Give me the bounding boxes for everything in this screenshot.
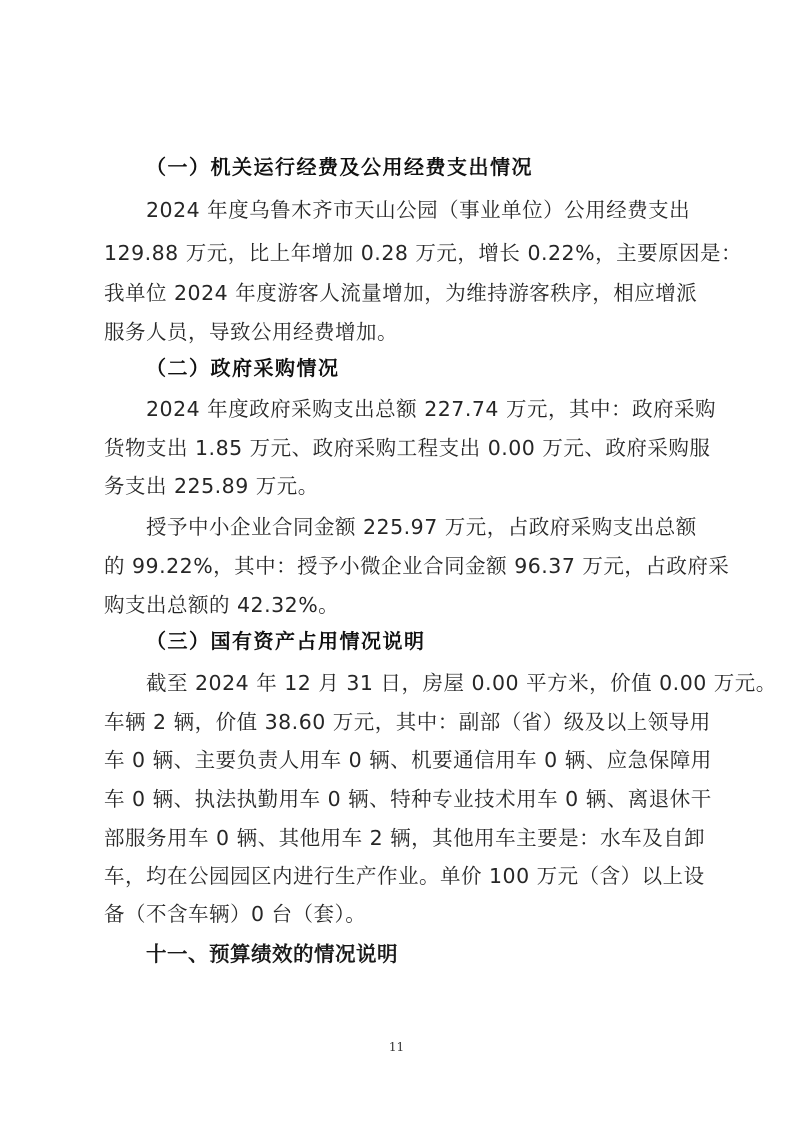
section-heading-operating-expenses: （一）机关运行经费及公用经费支出情况	[146, 153, 533, 181]
paragraph-line: 服务人员，导致公用经费增加。	[104, 318, 398, 346]
paragraph-line: 车 0 辆、主要负责人用车 0 辆、机要通信用车 0 辆、应急保障用	[104, 746, 712, 774]
paragraph-line: 购支出总额的 42.32%。	[104, 591, 339, 619]
paragraph-line: 2024 年度政府采购支出总额 227.74 万元，其中：政府采购	[146, 395, 716, 423]
paragraph-line: 备（不含车辆）0 台（套）。	[104, 900, 366, 928]
paragraph-line: 我单位 2024 年度游客人流量增加，为维持游客秩序，相应增派	[104, 279, 697, 307]
paragraph-line: 车辆 2 辆，价值 38.60 万元，其中：副部（省）级及以上领导用	[104, 708, 711, 736]
paragraph-line: 截至 2024 年 12 月 31 日，房屋 0.00 平方米，价值 0.00 …	[146, 669, 777, 697]
section-heading-procurement: （二）政府采购情况	[146, 354, 340, 382]
section-heading-state-assets: （三）国有资产占用情况说明	[146, 627, 426, 655]
chapter-title-budget-performance: 十一、预算绩效的情况说明	[146, 940, 398, 968]
paragraph-line: 部服务用车 0 辆、其他用车 2 辆，其他用车主要是：水车及自卸	[104, 824, 705, 852]
paragraph-line: 129.88 万元，比上年增加 0.28 万元，增长 0.22%，主要原因是：	[104, 239, 742, 267]
document-page: （一）机关运行经费及公用经费支出情况 2024 年度乌鲁木齐市天山公园（事业单位…	[0, 0, 793, 1122]
paragraph-line: 2024 年度乌鲁木齐市天山公园（事业单位）公用经费支出	[146, 196, 690, 224]
paragraph-line: 车 0 辆、执法执勤用车 0 辆、特种专业技术用车 0 辆、离退休干	[104, 785, 712, 813]
page-number: 11	[0, 1040, 793, 1054]
paragraph-line: 授予中小企业合同金额 225.97 万元，占政府采购支出总额	[146, 513, 697, 541]
paragraph-line: 货物支出 1.85 万元、政府采购工程支出 0.00 万元、政府采购服	[104, 434, 710, 462]
paragraph-line: 务支出 225.89 万元。	[104, 472, 319, 500]
paragraph-line: 车，均在公园园区内进行生产作业。单价 100 万元（含）以上设	[104, 862, 705, 890]
paragraph-line: 的 99.22%，其中：授予小微企业合同金额 96.37 万元，占政府采	[104, 552, 729, 580]
